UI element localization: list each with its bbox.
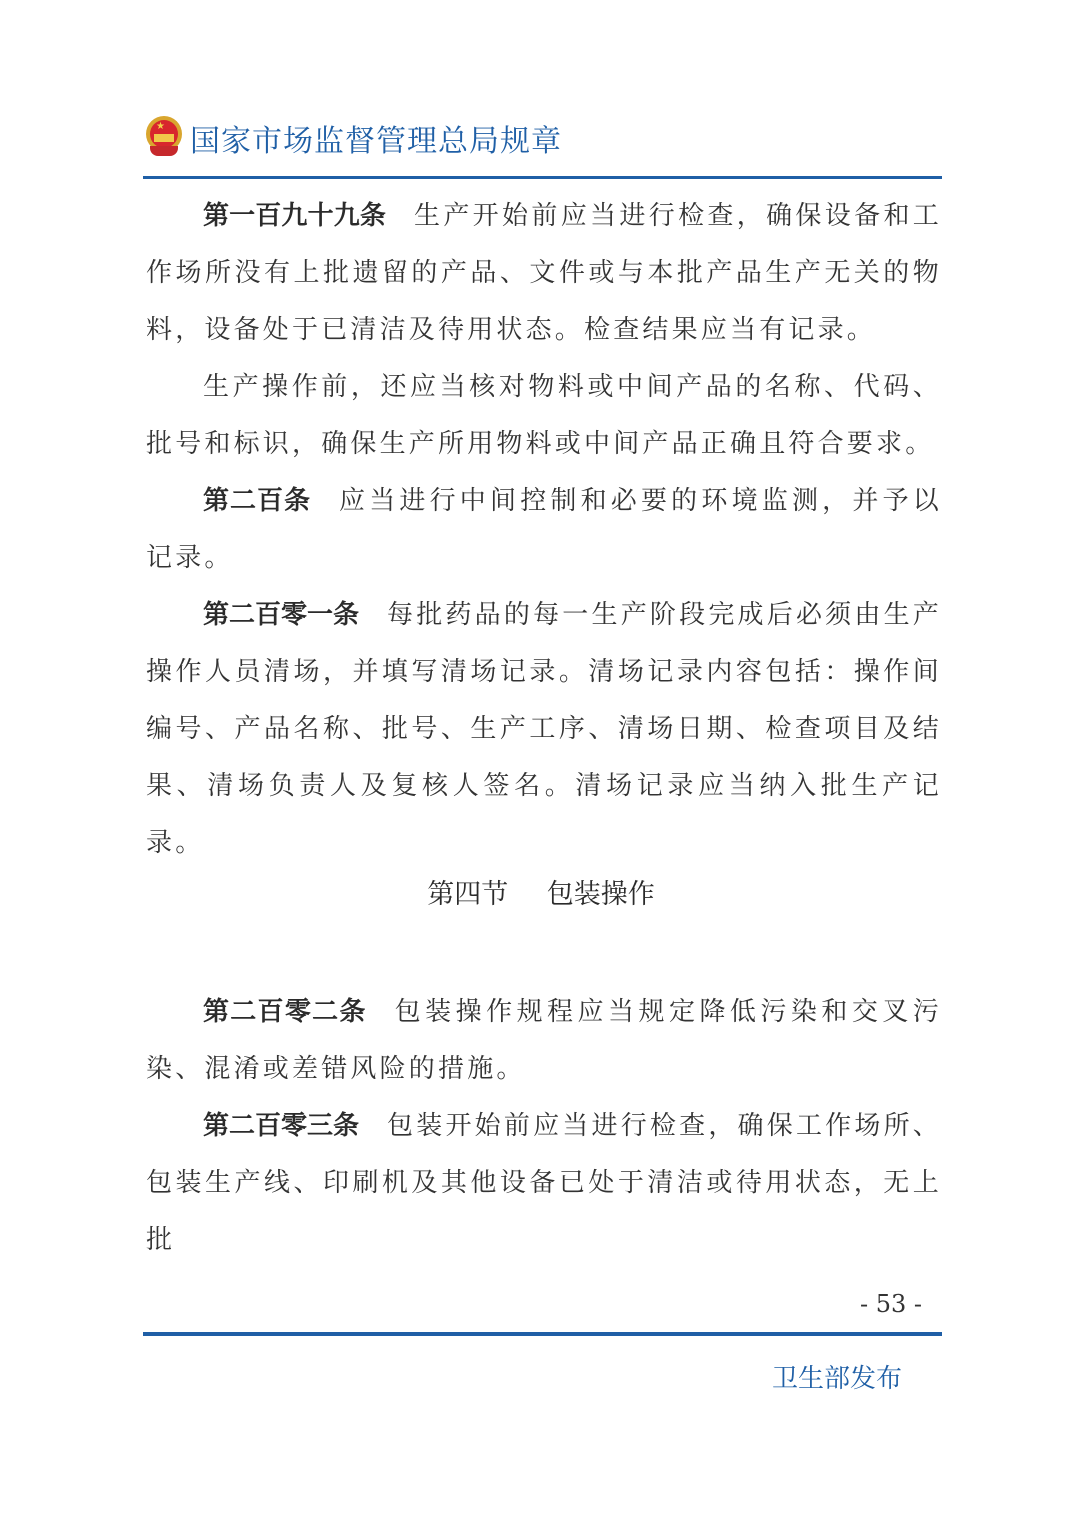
header-divider <box>143 176 942 179</box>
article-number: 第二百零二条 <box>203 997 367 1027</box>
document-header: ★ 国家市场监督管理总局规章 <box>146 112 562 164</box>
article-202: 第二百零二条包装操作规程应当规定降低污染和交叉污染、混淆或差错风险的措施。 <box>146 984 942 1098</box>
page-number: - 53 - <box>860 1290 922 1318</box>
national-emblem-icon: ★ <box>146 116 184 160</box>
article-200: 第二百条应当进行中间控制和必要的环境监测，并予以记录。 <box>146 473 942 587</box>
header-title: 国家市场监督管理总局规章 <box>190 116 562 160</box>
article-number: 第一百九十九条 <box>203 201 386 231</box>
article-203: 第二百零三条包装开始前应当进行检查，确保工作场所、包装生产线、印刷机及其他设备已… <box>146 1098 942 1269</box>
article-number: 第二百零三条 <box>203 1111 359 1141</box>
publisher-label: 卫生部发布 <box>772 1358 902 1395</box>
article-text: 每批药品的每一生产阶段完成后必须由生产操作人员清场，并填写清场记录。清场记录内容… <box>146 600 942 858</box>
article-199-p1: 第一百九十九条生产开始前应当进行检查，确保设备和工作场所没有上批遗留的产品、文件… <box>146 188 942 359</box>
article-201: 第二百零一条每批药品的每一生产阶段完成后必须由生产操作人员清场，并填写清场记录。… <box>146 587 942 872</box>
article-199-p2: 生产操作前，还应当核对物料或中间产品的名称、代码、批号和标识，确保生产所用物料或… <box>146 359 942 473</box>
articles-before-section: 第一百九十九条生产开始前应当进行检查，确保设备和工作场所没有上批遗留的产品、文件… <box>146 188 942 872</box>
section-number: 第四节 <box>427 879 508 910</box>
section-heading: 第四节 包装操作 <box>0 872 1074 911</box>
article-number: 第二百条 <box>203 486 311 516</box>
article-number: 第二百零一条 <box>203 600 359 630</box>
article-text: 生产操作前，还应当核对物料或中间产品的名称、代码、批号和标识，确保生产所用物料或… <box>146 372 942 459</box>
section-title: 包装操作 <box>547 879 655 910</box>
articles-after-section: 第二百零二条包装操作规程应当规定降低污染和交叉污染、混淆或差错风险的措施。 第二… <box>146 984 942 1269</box>
footer-divider <box>143 1332 942 1336</box>
